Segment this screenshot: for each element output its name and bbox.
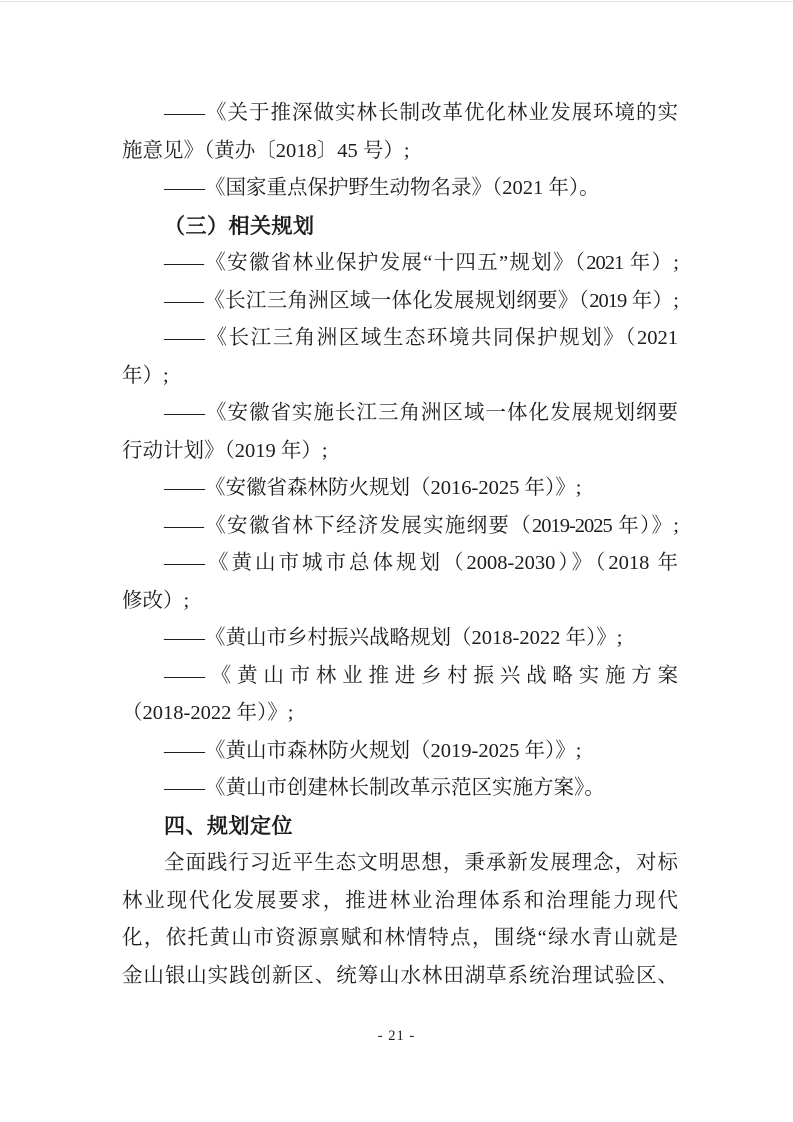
text-line: ——《长江三角洲区域生态环境共同保护规划》（2021 [122, 320, 678, 358]
text-line: ——《黄山市林业推进乡村振兴战略实施方案 [122, 658, 678, 696]
page-number: - 21 - [0, 1028, 793, 1045]
text-line: ——《长江三角洲区域一体化发展规划纲要》（2019 年）; [122, 283, 678, 321]
text-line: 施意见》（黄办〔2018〕45 号）; [122, 133, 678, 171]
text-line: 化，依托黄山市资源禀赋和林情特点，围绕“绿水青山就是 [122, 920, 678, 958]
text-line: 全面践行习近平生态文明思想，秉承新发展理念，对标 [122, 845, 678, 883]
text-line: 金山银山实践创新区、统筹山水林田湖草系统治理试验区、 [122, 958, 678, 996]
text-line: ——《黄山市城市总体规划（2008-2030）》（2018 年 [122, 545, 678, 583]
text-line: ——《黄山市森林防火规划（2019-2025 年）》; [122, 733, 678, 771]
text-line: （2018-2022 年）》; [122, 695, 678, 733]
document-content: ——《关于推深做实林长制改革优化林业发展环境的实 施意见》（黄办〔2018〕45… [122, 95, 678, 995]
document-page: ——《关于推深做实林长制改革优化林业发展环境的实 施意见》（黄办〔2018〕45… [0, 0, 793, 1122]
text-line: ——《关于推深做实林长制改革优化林业发展环境的实 [122, 95, 678, 133]
text-line: ——《安徽省森林防火规划（2016-2025 年）》; [122, 470, 678, 508]
text-line: ——《安徽省林业保护发展“十四五”规划》（2021 年）; [122, 245, 678, 283]
page-top-edge-line [0, 1, 793, 2]
text-line: 修改）; [122, 583, 678, 621]
text-line: ——《黄山市乡村振兴战略规划（2018-2022 年）》; [122, 620, 678, 658]
text-line: ——《黄山市创建林长制改革示范区实施方案》。 [122, 770, 678, 808]
text-line: ——《安徽省林下经济发展实施纲要（2019-2025 年）》; [122, 508, 678, 546]
text-line: 林业现代化发展要求，推进林业治理体系和治理能力现代 [122, 883, 678, 921]
text-line: ——《国家重点保护野生动物名录》（2021 年）。 [122, 170, 678, 208]
text-line: 行动计划》（2019 年）; [122, 433, 678, 471]
text-line: 年）; [122, 358, 678, 396]
section-heading-related-plans: （三）相关规划 [122, 208, 678, 246]
section-heading-planning-position: 四、规划定位 [122, 808, 678, 846]
text-line: ——《安徽省实施长江三角洲区域一体化发展规划纲要 [122, 395, 678, 433]
